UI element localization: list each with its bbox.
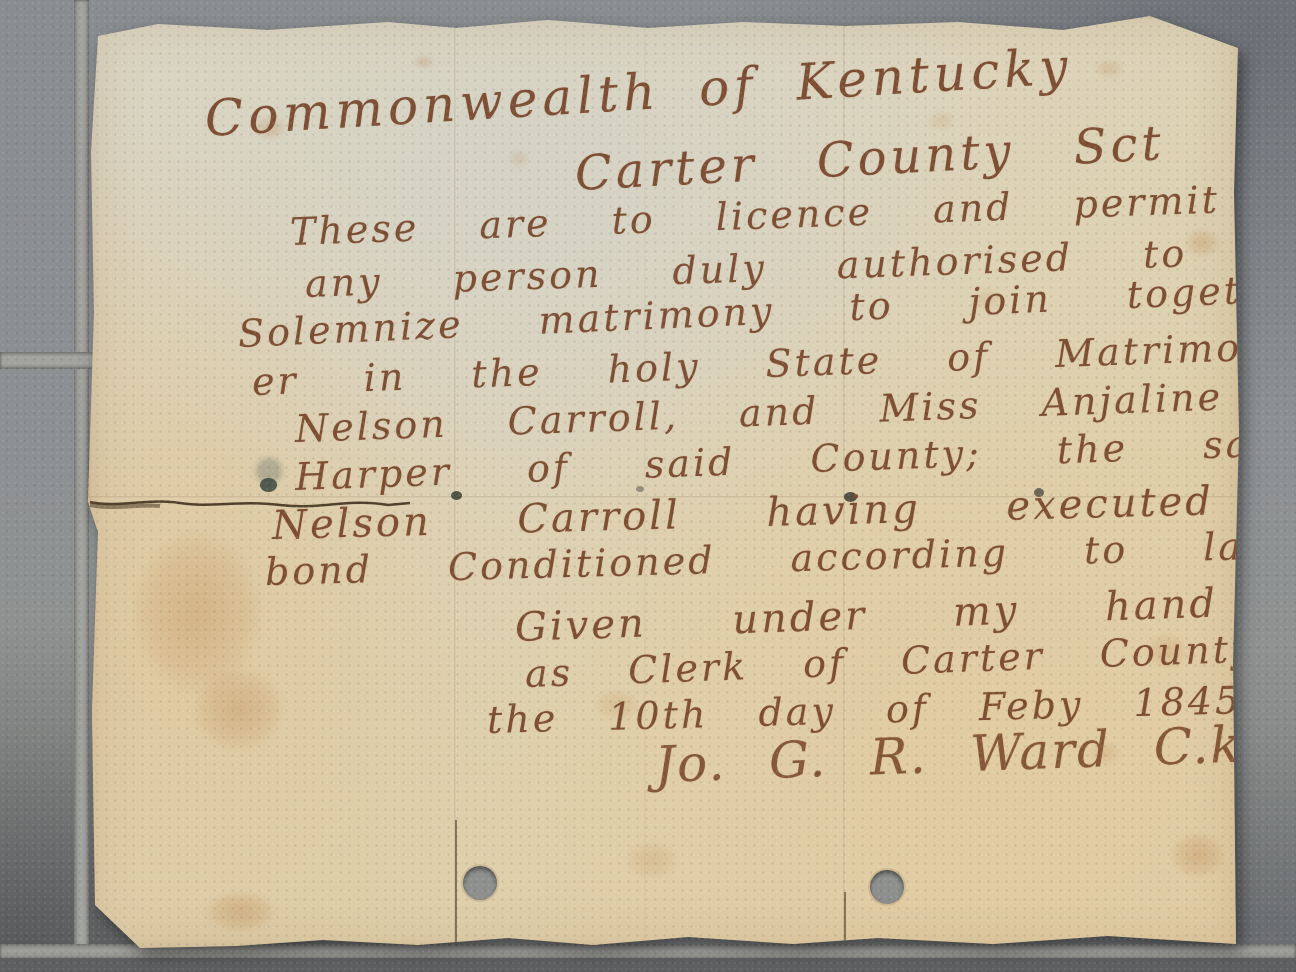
background-seam-vertical — [74, 0, 89, 972]
background-seam-horizontal-left — [0, 352, 100, 369]
punch-hole — [463, 866, 497, 900]
background-bottom-groove — [0, 958, 1296, 972]
fold-spot — [451, 491, 462, 500]
foxing-stain — [410, 52, 438, 72]
handwriting-line: the 10th day of Feby 1845 — [486, 678, 1242, 742]
foxing-stain — [110, 500, 285, 725]
fold-spot — [844, 492, 857, 502]
fold-slit — [455, 820, 457, 948]
foxing-stain — [1160, 824, 1235, 886]
foxing-stain — [586, 684, 648, 726]
handwriting-line: as Clerk of Carter County — [524, 627, 1256, 696]
document-paper: Commonwealth of Kentucky Carter County S… — [88, 12, 1240, 950]
fold-spot — [636, 486, 644, 492]
fold-slit — [844, 892, 846, 948]
handwriting-line: bond Conditioned according to law — [264, 523, 1280, 594]
handwriting-line: er in the holy State of Matrimony — [251, 324, 1295, 404]
paper-sheet: Commonwealth of Kentucky Carter County S… — [88, 12, 1240, 950]
foxing-stain — [248, 112, 292, 144]
foxing-stain — [1138, 627, 1196, 675]
handwriting-line: any person duly authorised to — [304, 231, 1188, 306]
fold-crease-vertical — [454, 12, 457, 950]
foxing-stain — [193, 884, 288, 939]
handwriting-line: Given under my hand — [514, 580, 1219, 651]
fold-spot — [260, 478, 277, 492]
document-heading: Commonwealth of Kentucky — [203, 37, 1074, 148]
handwriting-line: Solemnize matrimony to join togeth — [237, 267, 1270, 356]
handwriting-line: Harper of said County; the said — [294, 420, 1294, 499]
tear-line — [88, 474, 418, 524]
handwriting-line: Carter County Sct — [574, 115, 1166, 202]
foxing-stain — [966, 284, 1008, 314]
handwriting-line: Nelson Carroll, and Miss Anjaline — [294, 375, 1224, 451]
handwriting-line: These are to licence and permit — [289, 178, 1220, 254]
foxing-stain — [923, 108, 961, 134]
fold-crease-horizontal — [88, 496, 1240, 499]
fold-spot — [1034, 488, 1044, 497]
ink-smudge — [256, 458, 282, 484]
fold-crease-vertical — [843, 12, 846, 950]
clerk-signature: Jo. G. R. Ward C.k. — [654, 715, 1261, 794]
foxing-stain — [503, 147, 535, 171]
fold-crease-vertical — [644, 12, 647, 950]
foxing-stain — [1178, 224, 1226, 262]
foxing-stain — [1083, 737, 1127, 769]
punch-hole — [870, 870, 904, 904]
foxing-stain — [176, 652, 301, 767]
photo-of-document: Commonwealth of Kentucky Carter County S… — [0, 0, 1296, 972]
handwriting-line: Nelson Carroll having executed — [271, 478, 1214, 549]
foxing-stain — [616, 834, 688, 886]
foxing-stain — [1088, 56, 1130, 82]
